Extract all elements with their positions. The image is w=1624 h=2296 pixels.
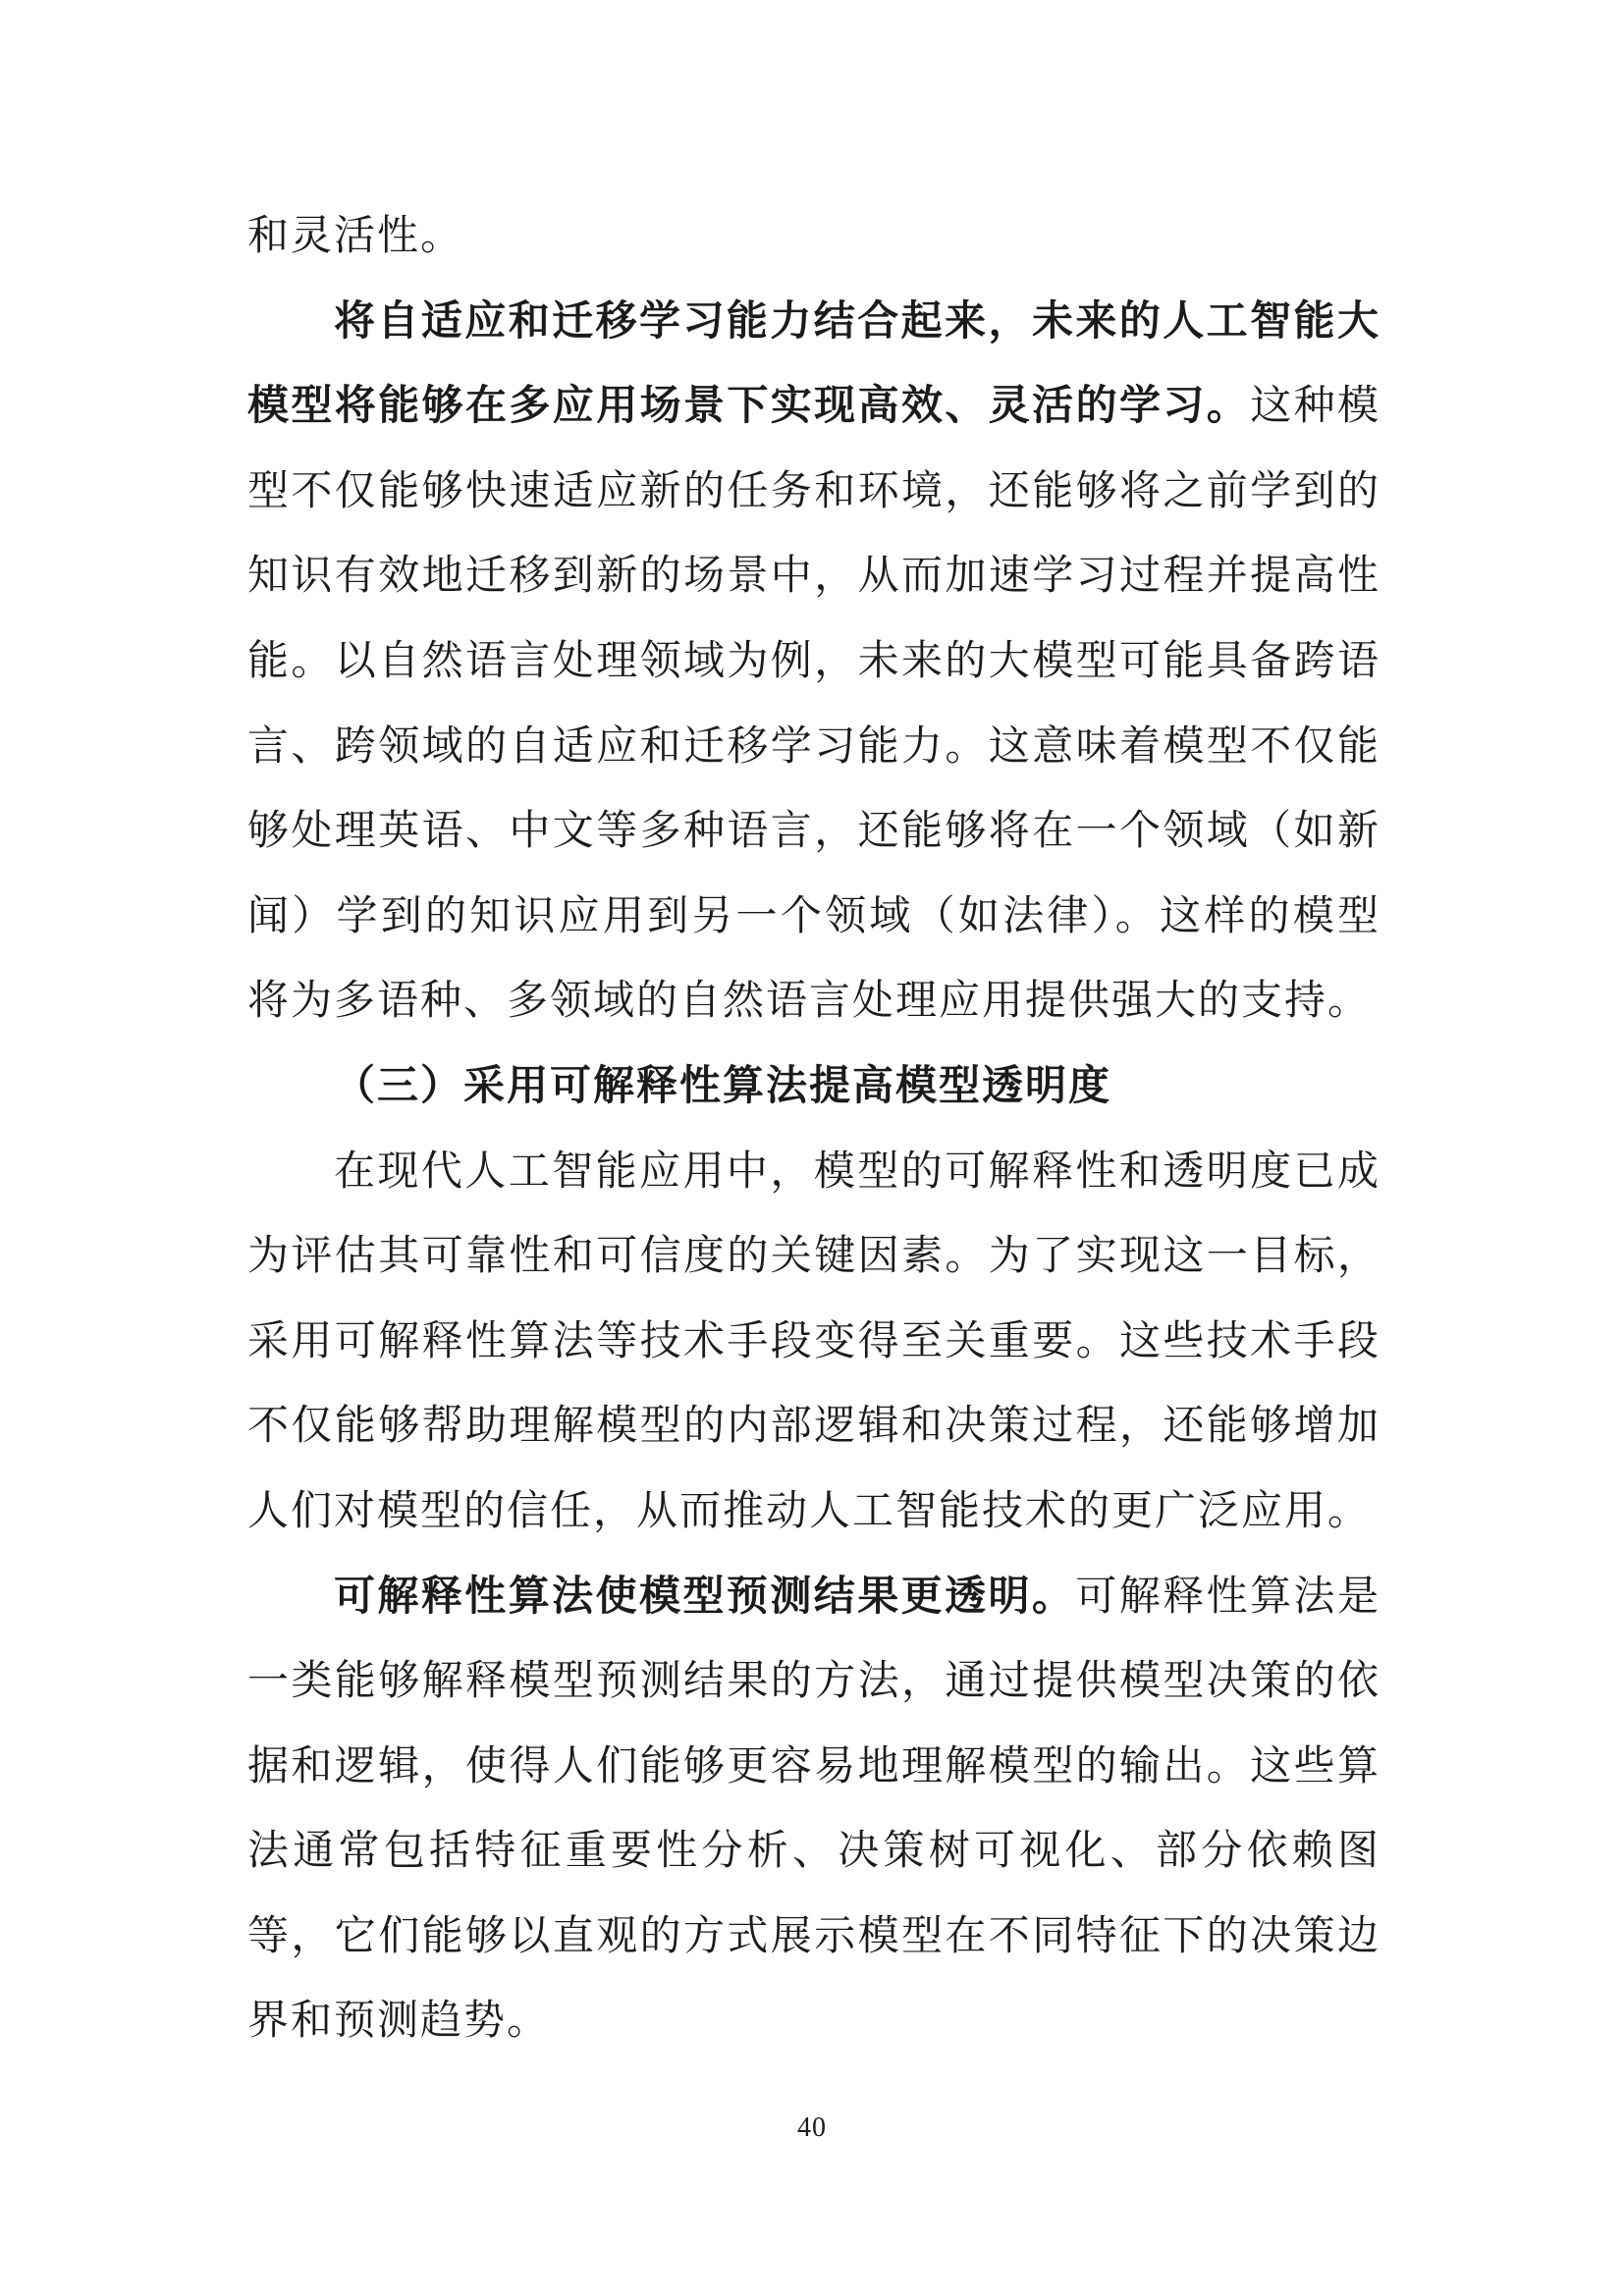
paragraph-continuation: 和灵活性。 <box>247 194 1380 280</box>
paragraph-explainability-importance: 在现代人工智能应用中，模型的可解释性和透明度已成为评估其可靠性和可信度的关键因素… <box>247 1130 1380 1555</box>
paragraph-adaptive-transfer-learning: 将自适应和迁移学习能力结合起来，未来的人工智能大模型将能够在多应用场景下实现高效… <box>247 280 1380 1044</box>
text-segment: 可解释性算法是一类能够解释模型预测结果的方法，通过提供模型决策的依据和逻辑，使得… <box>247 1575 1380 2045</box>
text-segment: 在现代人工智能应用中，模型的可解释性和透明度已成为评估其可靠性和可信度的关键因素… <box>247 1149 1380 1534</box>
document-page: 和灵活性。将自适应和迁移学习能力结合起来，未来的人工智能大模型将能够在多应用场景… <box>0 0 1624 2296</box>
heading-section-three: （三）采用可解释性算法提高模型透明度 <box>247 1044 1380 1130</box>
text-segment-bold: 可解释性算法使模型预测结果更透明。 <box>334 1575 1075 1620</box>
text-segment: 这种模型不仅能够快速适应新的任务和环境，还能够将之前学到的知识有效地迁移到新的场… <box>247 384 1380 1024</box>
text-segment: 和灵活性。 <box>247 214 463 259</box>
text-segment-bold: 将自适应和迁移学习能力结合起来，未来的人工智能大模型将能够在多应用场景下实现高效… <box>247 299 1380 430</box>
paragraph-explainable-algorithms: 可解释性算法使模型预测结果更透明。可解释性算法是一类能够解释模型预测结果的方法，… <box>247 1555 1380 2065</box>
page-number: 40 <box>0 2112 1624 2144</box>
text-segment-bold: （三）采用可解释性算法提高模型透明度 <box>334 1064 1111 1109</box>
text-block: 和灵活性。将自适应和迁移学习能力结合起来，未来的人工智能大模型将能够在多应用场景… <box>247 194 1380 2064</box>
